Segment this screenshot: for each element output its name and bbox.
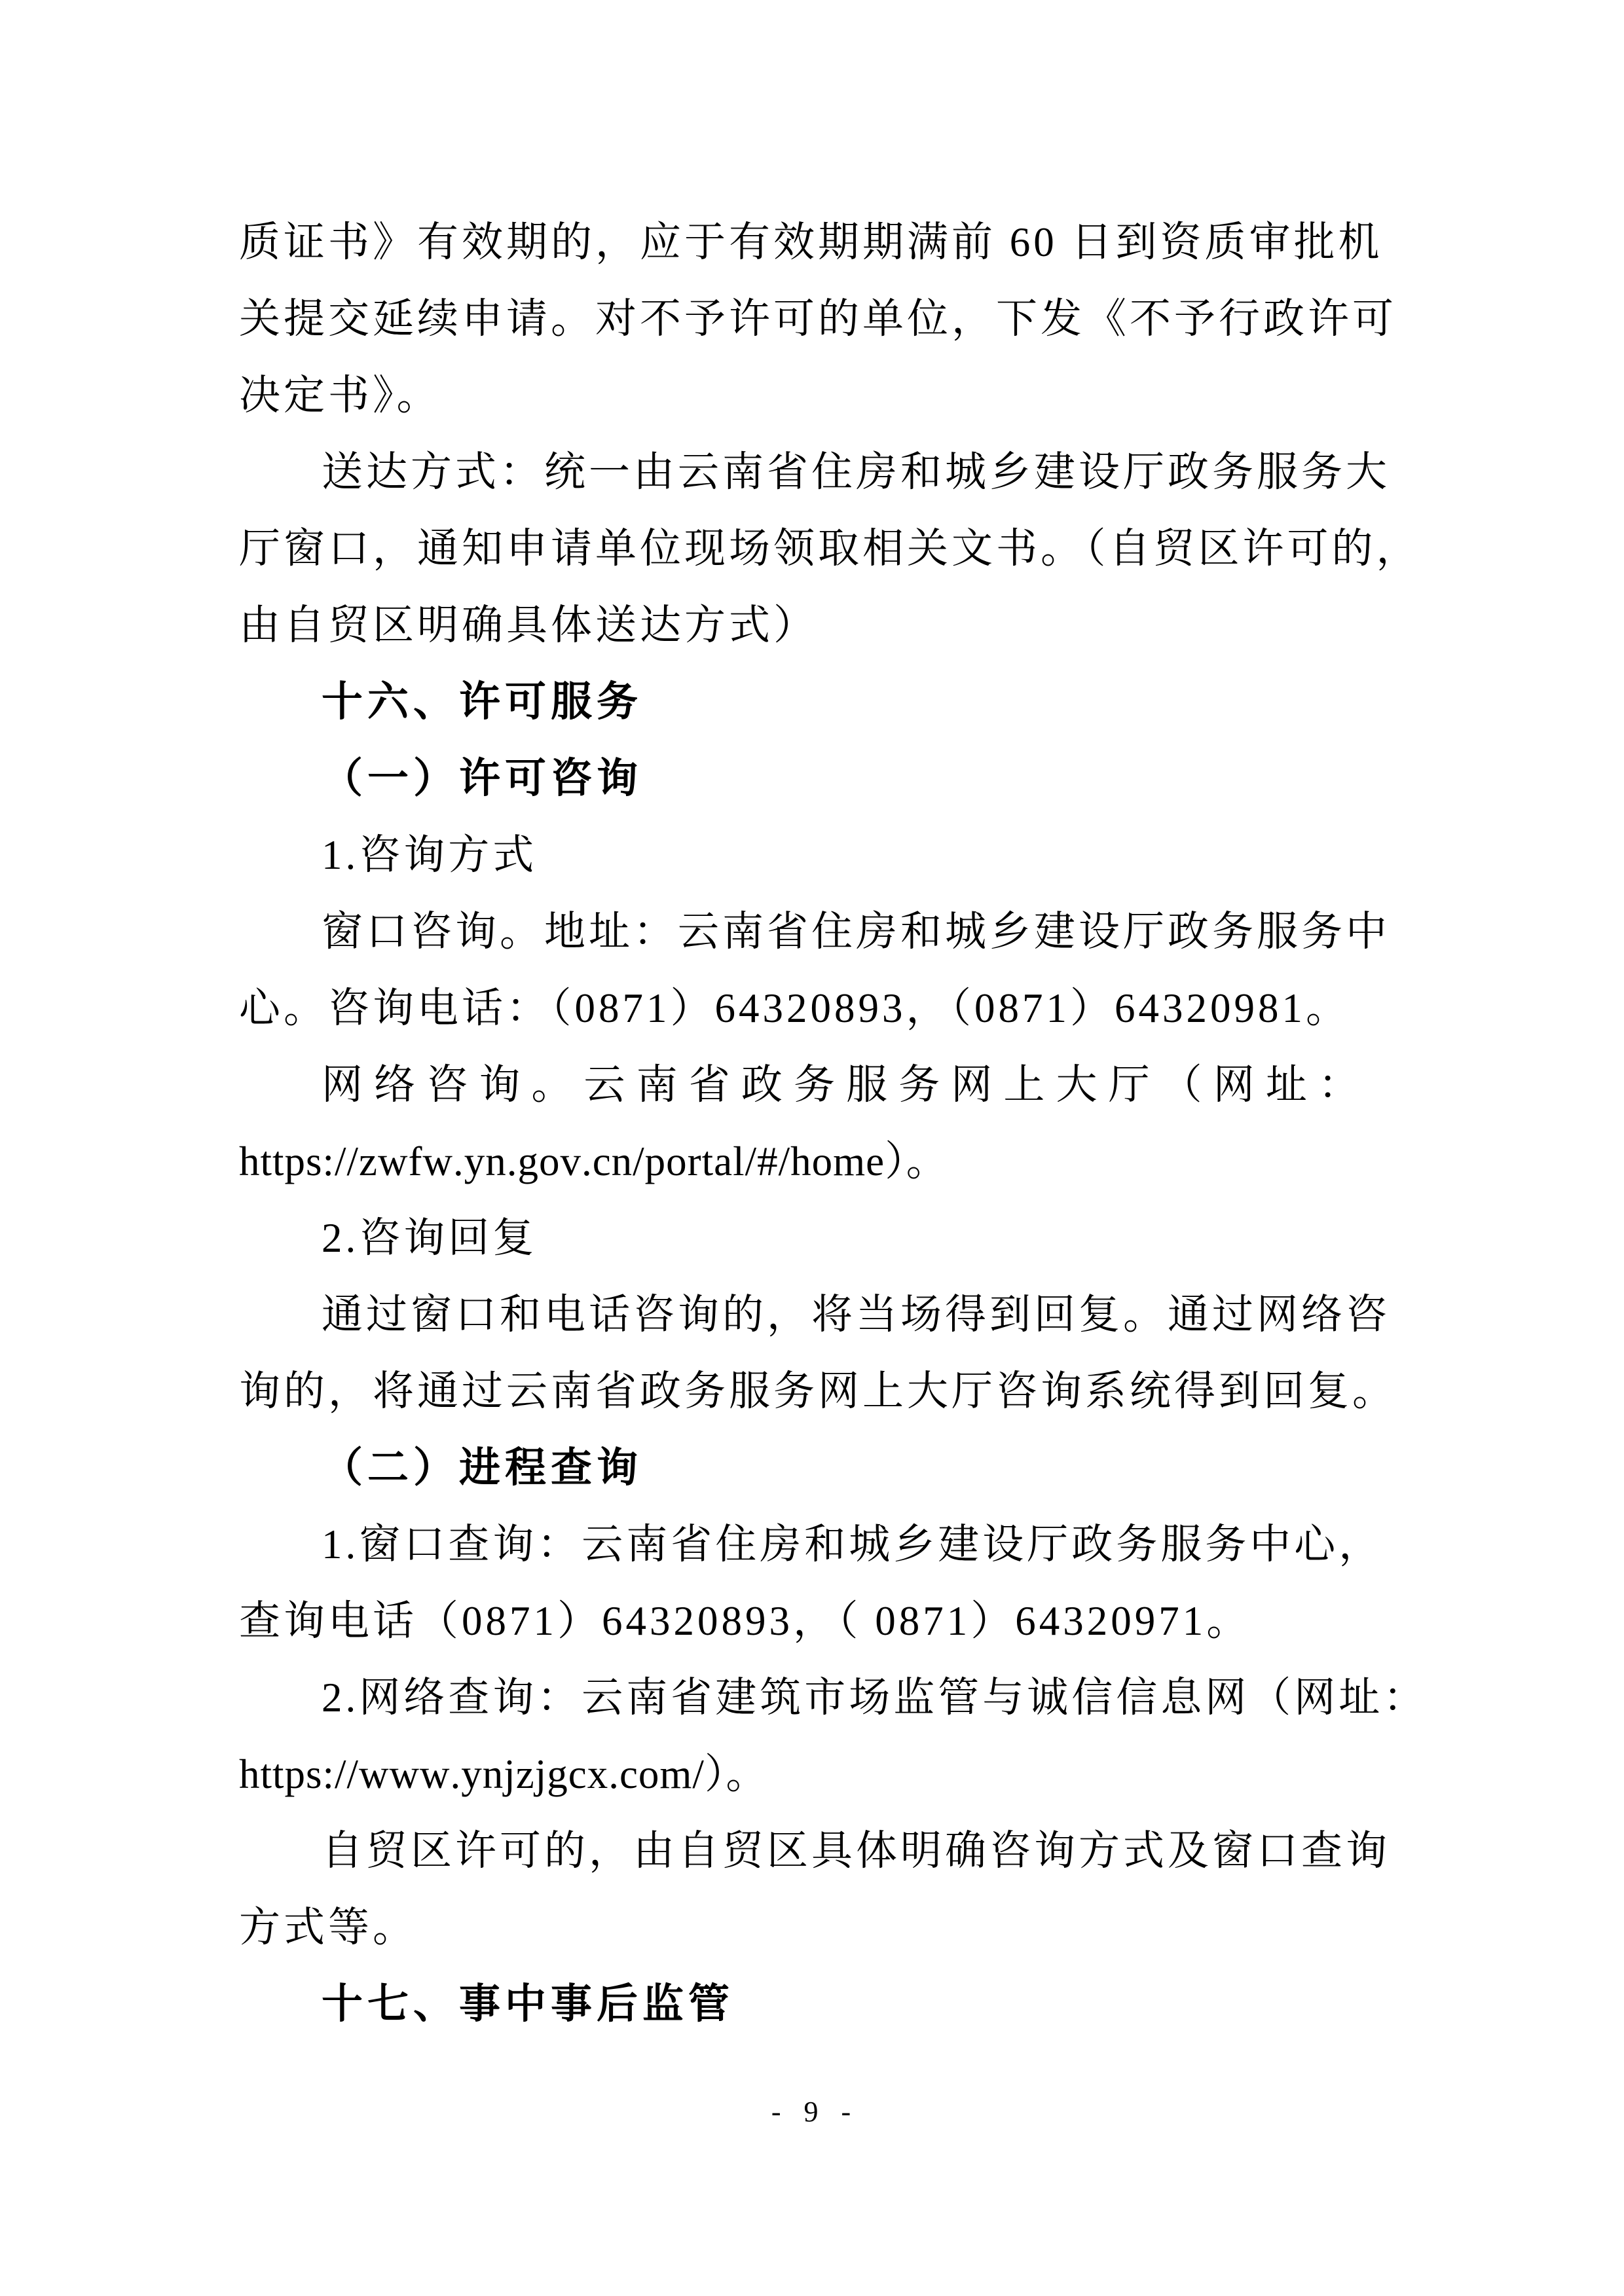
body-line: 2.咨询回复 [239,1200,1363,1277]
document-page: 质证书》有效期的，应于有效期期满前 60 日到资质审批机 关提交延续申请。对不予… [0,0,1624,2296]
body-line: 由自贸区明确具体送达方式） [239,587,1363,664]
body-line: 询的，将通过云南省政务服务网上大厅咨询系统得到回复。 [239,1353,1363,1430]
url-line: https://zwfw.yn.gov.cn/portal/#/home）。 [239,1123,1363,1200]
page-number: - 9 - [0,2092,1624,2132]
body-line: 送达方式：统一由云南省住房和城乡建设厅政务服务大 [239,434,1363,511]
body-line: 方式等。 [239,1889,1363,1966]
body-line-phone: 查询电话（0871）64320893，（ 0871）64320971。 [239,1583,1363,1660]
body-line: 质证书》有效期的，应于有效期期满前 60 日到资质审批机 [239,204,1363,281]
heading-section-17: 十七、事中事后监管 [239,1966,1363,2043]
body-line: 决定书》。 [239,357,1363,434]
body-line: 通过窗口和电话咨询的，将当场得到回复。通过网络咨 [239,1277,1363,1353]
body-line: 网络咨询。云南省政务服务网上大厅（网址： [239,1047,1363,1123]
heading-sub-2: （二）进程查询 [239,1430,1363,1506]
body-line: 1.窗口查询：云南省住房和城乡建设厅政务服务中心， [239,1506,1363,1583]
body-line: 2.网络查询：云南省建筑市场监管与诚信信息网（网址： [239,1660,1363,1736]
url-line: https://www.ynjzjgcx.com/）。 [239,1736,1363,1813]
body-line: 自贸区许可的，由自贸区具体明确咨询方式及窗口查询 [239,1813,1363,1889]
page-body: 质证书》有效期的，应于有效期期满前 60 日到资质审批机 关提交延续申请。对不予… [239,204,1363,2043]
heading-sub-1: （一）许可咨询 [239,740,1363,817]
heading-section-16: 十六、许可服务 [239,664,1363,740]
body-line: 厅窗口，通知申请单位现场领取相关文书。（自贸区许可的， [239,511,1363,587]
body-line: 关提交延续申请。对不予许可的单位，下发《不予行政许可 [239,281,1363,357]
body-line-phone: 心。咨询电话：（0871）64320893，（0871）64320981。 [239,970,1363,1047]
body-line: 窗口咨询。地址：云南省住房和城乡建设厅政务服务中 [239,894,1363,970]
body-line: 1.咨询方式 [239,817,1363,894]
